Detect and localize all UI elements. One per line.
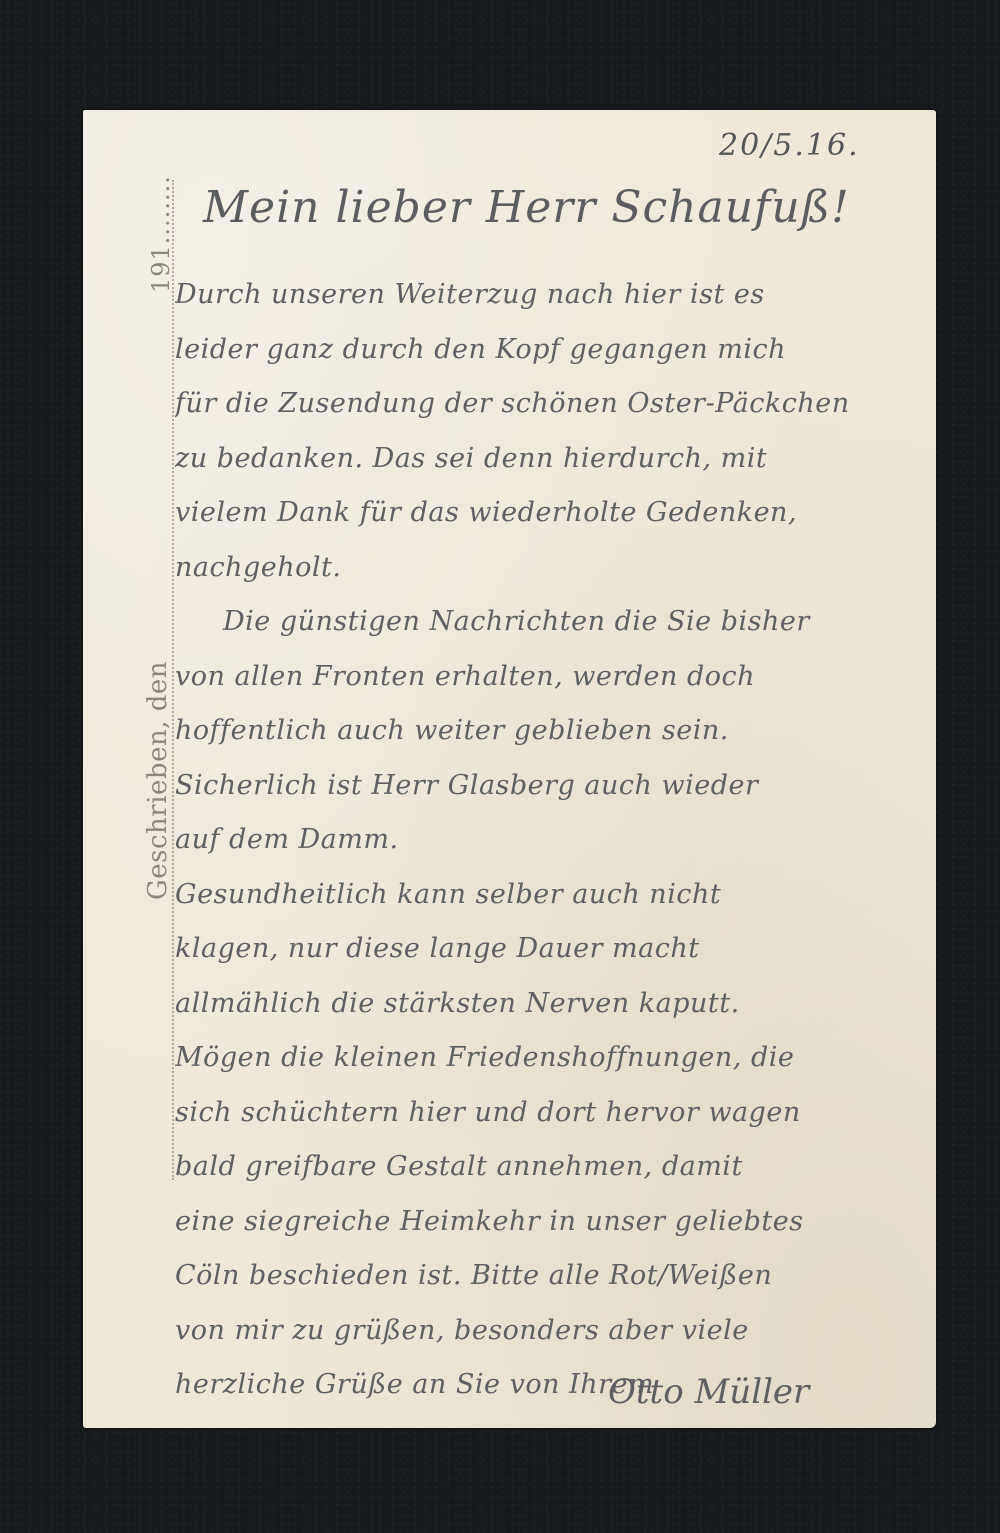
- body-line: von mir zu grüßen, besonders aber viele: [175, 1304, 915, 1359]
- body-line: sich schüchtern hier und dort hervor wag…: [175, 1086, 915, 1141]
- body-line: bald greifbare Gestalt annehmen, damit: [175, 1140, 915, 1195]
- body-line: vielem Dank für das wiederholte Gedenken…: [175, 486, 915, 541]
- body-line: hoffentlich auch weiter geblieben sein.: [175, 704, 915, 759]
- signature: Otto Müller: [608, 1372, 809, 1412]
- body-line: auf dem Damm.: [175, 813, 915, 868]
- body-line: Gesundheitlich kann selber auch nicht: [175, 868, 915, 923]
- printed-written-label: Geschrieben, den: [143, 661, 173, 900]
- body-line: Mögen die kleinen Friedenshoffnungen, di…: [175, 1031, 915, 1086]
- letter-date: 20/5.16.: [719, 128, 860, 163]
- body-line: klagen, nur diese lange Dauer macht: [175, 922, 915, 977]
- body-line: zu bedanken. Das sei denn hierdurch, mit: [175, 432, 915, 487]
- salutation: Mein lieber Herr Schaufuß!: [203, 182, 850, 233]
- body-line: Durch unseren Weiterzug nach hier ist es: [175, 268, 915, 323]
- body-line: nachgeholt.: [175, 541, 915, 596]
- body-line: leider ganz durch den Kopf gegangen mich: [175, 323, 915, 378]
- letter-card: 191........ Geschrieben, den 20/5.16. Me…: [83, 110, 936, 1428]
- printed-year-field: 191........: [147, 175, 175, 293]
- body-line: Cöln beschieden ist. Bitte alle Rot/Weiß…: [175, 1249, 915, 1304]
- letter-body: Durch unseren Weiterzug nach hier ist es…: [175, 268, 915, 1413]
- body-line: Die günstigen Nachrichten die Sie bisher: [175, 595, 915, 650]
- body-line: für die Zusendung der schönen Oster-Päck…: [175, 377, 915, 432]
- body-line: von allen Fronten erhalten, werden doch: [175, 650, 915, 705]
- body-line: Sicherlich ist Herr Glasberg auch wieder: [175, 759, 915, 814]
- body-line: allmählich die stärksten Nerven kaputt.: [175, 977, 915, 1032]
- body-line: eine siegreiche Heimkehr in unser gelieb…: [175, 1195, 915, 1250]
